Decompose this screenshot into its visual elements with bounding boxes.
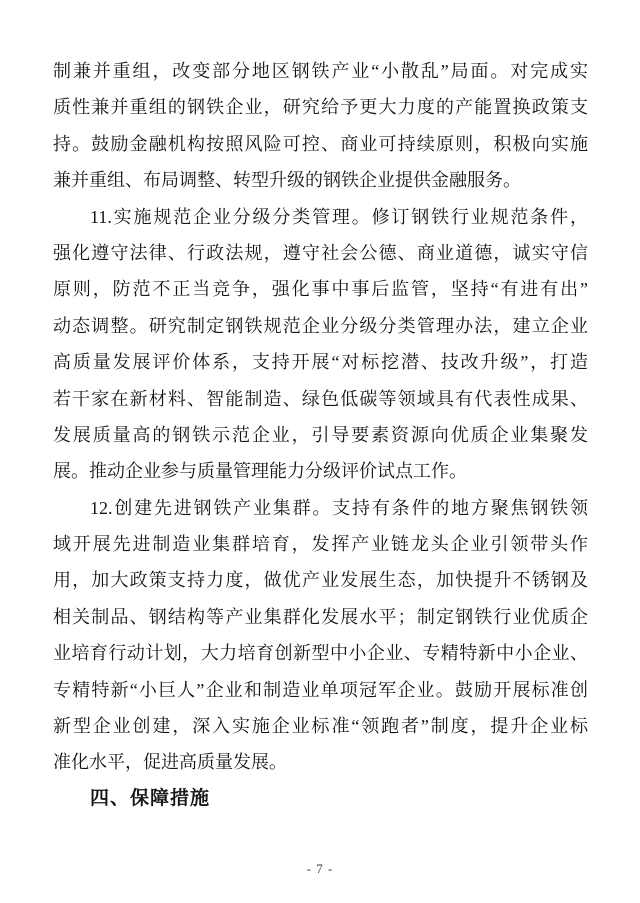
text-line: 发展质量高的钢铁示范企业，引导要素资源向优质企业集聚发 [53, 417, 588, 453]
text-line: 若干家在新材料、智能制造、绿色低碳等领域具有代表性成果、 [53, 381, 588, 417]
text-line: 新型企业创建，深入实施企业标准“领跑者”制度，提升企业标 [53, 708, 588, 744]
text-line: 域开展先进制造业集群培育，发挥产业链龙头企业引领带头作 [53, 526, 588, 562]
text-line: 原则，防范不正当竞争，强化事中事后监管，坚持“有进有出” [53, 271, 588, 307]
text-line: 用，加大政策支持力度，做优产业发展生态，加快提升不锈钢及 [53, 562, 588, 598]
text-line: 准化水平，促进高质量发展。 [53, 744, 588, 780]
text-line: 兼并重组、布局调整、转型升级的钢铁企业提供金融服务。 [53, 162, 588, 198]
text-line: 动态调整。研究制定钢铁规范企业分级分类管理办法，建立企业 [53, 308, 588, 344]
text-line: 高质量发展评价体系，支持开展“对标挖潜、技改升级”，打造 [53, 344, 588, 380]
text-line: 强化遵守法律、行政法规，遵守社会公德、商业道德，诚实守信 [53, 235, 588, 271]
text-line: 相关制品、钢结构等产业集群化发展水平；制定钢铁行业优质企 [53, 599, 588, 635]
text-line: 展。推动企业参与质量管理能力分级评价试点工作。 [53, 453, 588, 489]
page-number: - 7 - [0, 861, 640, 877]
document-page: 制兼并重组，改变部分地区钢铁产业“小散乱”局面。对完成实质性兼并重组的钢铁企业，… [0, 0, 640, 903]
text-line: 专精特新“小巨人”企业和制造业单项冠军企业。鼓励开展标准创 [53, 672, 588, 708]
text-line: 持。鼓励金融机构按照风险可控、商业可持续原则，积极向实施 [53, 126, 588, 162]
text-line: 制兼并重组，改变部分地区钢铁产业“小散乱”局面。对完成实 [53, 53, 588, 89]
text-line: 质性兼并重组的钢铁企业，研究给予更大力度的产能置换政策支 [53, 89, 588, 125]
text-line: 业培育行动计划，大力培育创新型中小企业、专精特新中小企业、 [53, 635, 588, 671]
text-line: 11.实施规范企业分级分类管理。修订钢铁行业规范条件， [53, 199, 588, 235]
document-body: 制兼并重组，改变部分地区钢铁产业“小散乱”局面。对完成实质性兼并重组的钢铁企业，… [53, 53, 588, 817]
text-line: 12.创建先进钢铁产业集群。支持有条件的地方聚焦钢铁领 [53, 490, 588, 526]
section-heading: 四、保障措施 [53, 781, 588, 817]
